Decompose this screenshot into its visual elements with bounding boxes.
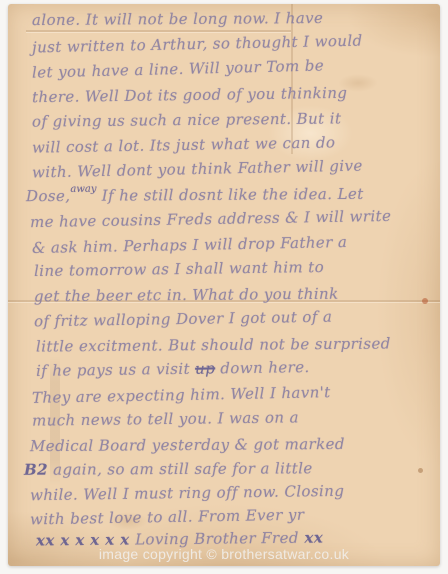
- stain-spot: [422, 298, 428, 304]
- handwriting-line: me have cousins Freds address & I will w…: [30, 207, 392, 231]
- copyright-watermark: image copyright © brothersatwar.co.uk: [8, 546, 440, 562]
- letter-scan: alone. It will not be long now. I have j…: [0, 0, 448, 574]
- handwriting-line: line tomorrow as I shall want him to: [34, 258, 324, 280]
- struck-word: up: [195, 359, 215, 377]
- handwriting-line: much news to tell you. I was on a: [32, 408, 299, 429]
- handwriting-line: B2 again, so am still safe for a little: [24, 459, 313, 479]
- handwriting-line: of fritz walloping Dover I got out of a: [34, 308, 333, 331]
- handwriting-word: Dose,: [26, 187, 71, 205]
- kisses-marks: xx: [299, 528, 323, 546]
- handwriting-line: with best love to all. From Ever yr: [30, 506, 305, 529]
- handwriting-line: little excitment. But should not be surp…: [36, 334, 391, 355]
- handwriting-line: let you have a line. Will your Tom be: [32, 56, 324, 81]
- handwriting-line: will cost a lot. Its just what we can do: [32, 133, 336, 156]
- handwriting-line: of giving us such a nice present. But it: [32, 109, 342, 130]
- handwriting-line: Dose,away If he still dosnt like the ide…: [26, 185, 364, 205]
- fold-crease: [26, 30, 291, 32]
- handwriting-line: get the beer etc in. What do you think: [34, 285, 339, 306]
- handwriting-word: again, so am still safe for a little: [48, 459, 313, 478]
- handwriting-line: if he pays us a visit up down here.: [36, 358, 310, 380]
- handwriting-line: while. Well I must ring off now. Closing: [30, 482, 344, 504]
- handwriting-line: just written to Arthur, so thought I wou…: [32, 32, 363, 57]
- handwriting-line: Medical Board yesterday & got marked: [30, 435, 345, 455]
- inserted-word: away: [70, 184, 96, 195]
- handwriting-line: alone. It will not be long now. I have: [32, 9, 323, 29]
- handwriting-line: & ask him. Perhaps I will drop Father a: [32, 233, 348, 257]
- handwriting-line: there. Well Dot its good of you thinking: [32, 84, 348, 106]
- handwriting-word: down here.: [215, 358, 310, 377]
- handwriting-line: with. Well dont you think Father will gi…: [32, 157, 363, 182]
- stain-spot: [418, 468, 423, 473]
- handwriting-word: If he still dosnt like the idea. Let: [96, 185, 363, 205]
- handwriting-word: if he pays us a visit: [36, 360, 195, 380]
- handwriting-line: They are expecting him. Well I havn't: [32, 383, 331, 407]
- medical-grade: B2: [24, 461, 48, 479]
- letter-page: alone. It will not be long now. I have j…: [8, 4, 440, 566]
